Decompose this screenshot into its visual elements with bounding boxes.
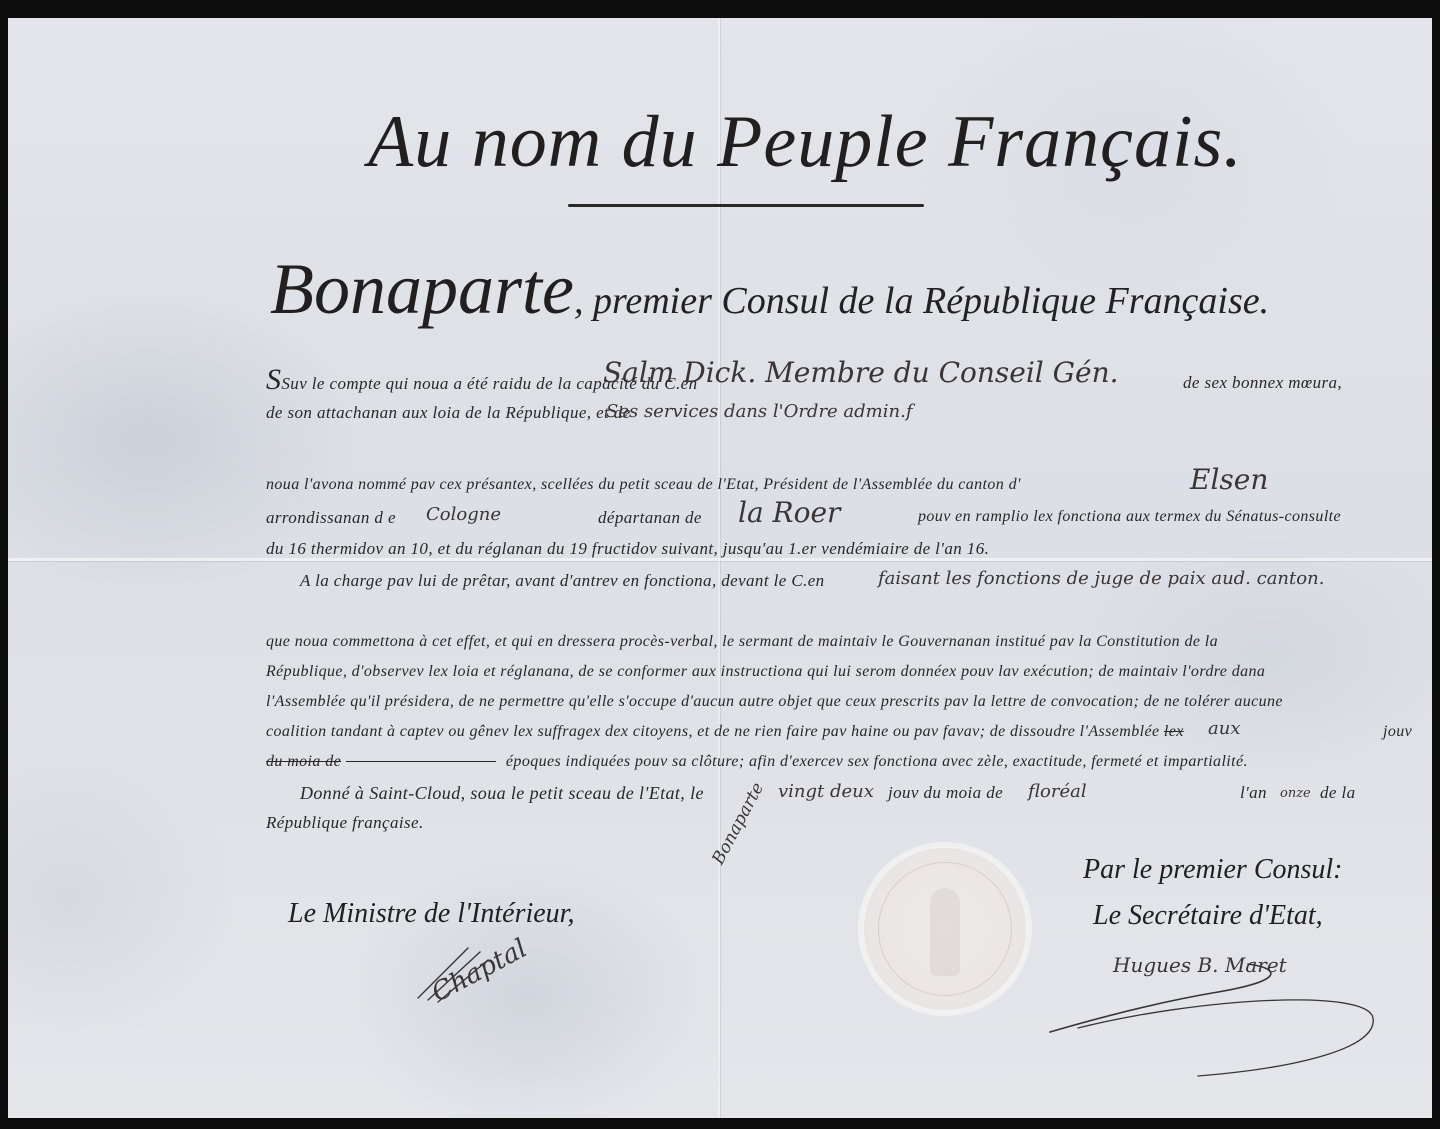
paragraph-3-line-4-end: jouv <box>1383 723 1412 741</box>
closing-line-1-end: de la <box>1320 783 1356 803</box>
paragraph-3-line-5: du moia de époques indiquées pouv sa clô… <box>266 753 1248 771</box>
paragraph-3-line-2: République, d'observev lex loia et régla… <box>266 663 1265 681</box>
handwritten-services: Ses services dans l'Ordre admin.f <box>606 401 912 422</box>
paragraph-2-line-1: noua l'avona nommé pav cex présantex, sc… <box>266 476 1021 494</box>
handwritten-year: onze <box>1280 786 1311 801</box>
heading-name: Bonaparte <box>270 249 574 329</box>
paragraph-3-line-1: que noua commettona à cet effet, et qui … <box>266 633 1218 651</box>
minister-signature-flourish-icon <box>408 938 528 1008</box>
handwritten-department: la Roer <box>738 496 840 529</box>
paragraph-2-line-2a: arrondissanan d e <box>266 508 396 528</box>
struck-text: du moia de <box>266 753 341 770</box>
closing-line-1-mid: jouv du moia de <box>888 783 1003 803</box>
handwritten-judge: faisant les fonctions de juge de paix au… <box>878 568 1324 589</box>
document-title: Au nom du Peuple Français. <box>368 100 1243 185</box>
struck-text: lex <box>1164 723 1184 740</box>
printed-text: coalition tandant à captev ou gênev lex … <box>266 723 1159 740</box>
handwritten-name: Salm Dick. Membre du Conseil Gén. <box>603 356 1119 389</box>
title-divider <box>568 204 924 207</box>
paragraph-3-line-4: coalition tandant à captev ou gênev lex … <box>266 723 1184 741</box>
closing-line-1: Donné à Saint-Cloud, soua le petit sceau… <box>300 783 704 804</box>
paragraph-3-line-3: l'Assemblée qu'il présidera, de ne perme… <box>266 693 1283 711</box>
handwritten-canton: Elsen <box>1190 463 1268 496</box>
paragraph-2-line-2b: départanan de <box>598 508 702 528</box>
secretary-label: Le Secrétaire d'Etat, <box>1093 900 1323 932</box>
handwritten-month: floréal <box>1028 781 1087 802</box>
closing-year-label: l'an <box>1240 783 1267 803</box>
document-paper: Au nom du Peuple Français. Bonaparte, pr… <box>8 18 1432 1118</box>
closing-line-2: République française. <box>266 813 424 833</box>
paragraph-1-line-2: de son attachanan aux loia de la Républi… <box>266 403 631 423</box>
printed-text: époques indiquées pouv sa clôture; afin … <box>506 753 1248 770</box>
paragraph-2-line-2c: pouv en ramplio lex fonctiona aux termex… <box>918 508 1341 526</box>
by-first-consul-label: Par le premier Consul: <box>1083 854 1343 886</box>
handwritten-aux: aux <box>1208 718 1240 739</box>
heading-rest: , premier Consul de la République França… <box>574 280 1269 322</box>
paragraph-2-line-4: A la charge pav lui de prêtar, avant d'a… <box>300 571 825 591</box>
paragraph-1-line-1-end: de sex bonnex mœura, <box>1183 373 1342 393</box>
paragraph-2-line-3: du 16 thermidov an 10, et du réglanan du… <box>266 539 989 559</box>
handwritten-arrondissement: Cologne <box>426 504 501 525</box>
seal-figure-icon <box>930 888 960 976</box>
secretary-signature-flourish-icon <box>1038 958 1438 1078</box>
embossed-seal <box>864 848 1026 1010</box>
handwritten-day: vingt deux <box>778 781 874 802</box>
minister-label: Le Ministre de l'Intérieur, <box>288 898 574 930</box>
document-heading: Bonaparte, premier Consul de la Républiq… <box>270 248 1269 331</box>
